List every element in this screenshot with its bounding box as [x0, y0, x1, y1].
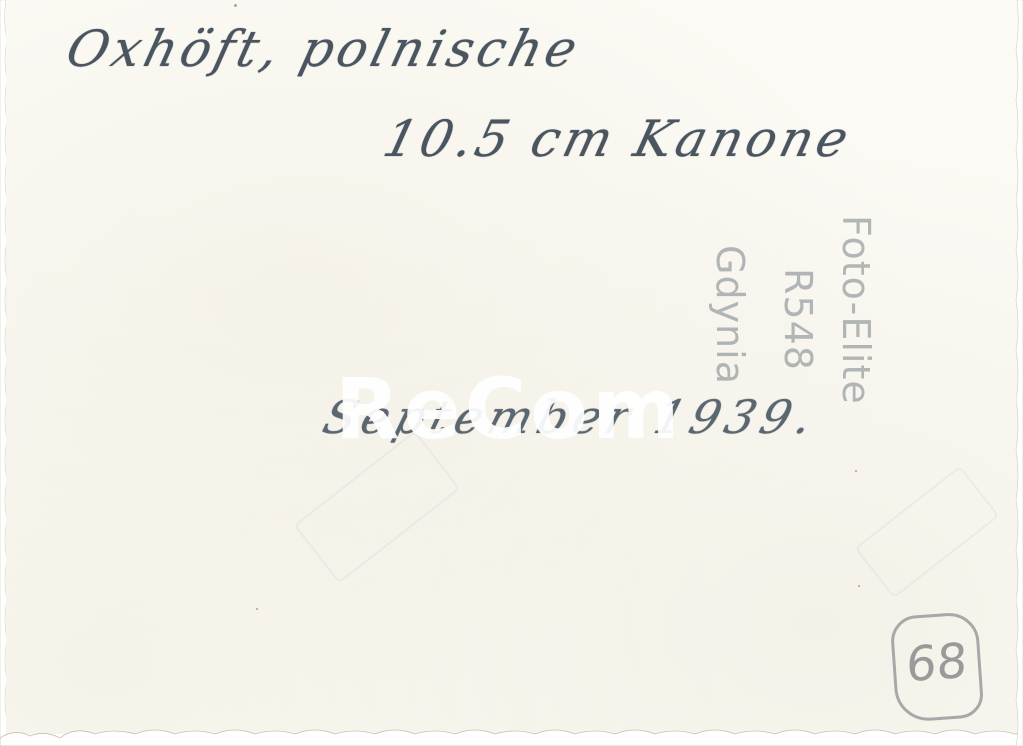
paper-speck — [234, 4, 237, 7]
paper-speck — [256, 608, 258, 610]
archive-number-circle: 68 — [889, 611, 984, 723]
deckled-edge-right — [1011, 0, 1023, 746]
stamp-number: R548 — [776, 268, 820, 371]
stamp-studio-name: Foto-Elite — [834, 215, 878, 405]
archive-number: 68 — [895, 632, 979, 694]
deckled-edge-bottom — [0, 724, 1023, 746]
scanned-photo-back: Foto-Elite R548 Gdynia Oxhöft, polnische… — [0, 0, 1023, 746]
stamp-city: Gdynia — [708, 245, 752, 385]
watermark: ReCom — [335, 360, 684, 458]
handwritten-location-line: Oxhöft, polnische — [61, 20, 587, 78]
paper-speck — [858, 585, 860, 587]
paper-speck — [855, 470, 857, 472]
handwritten-subject-line: 10.5 cm Kanone — [378, 110, 858, 168]
